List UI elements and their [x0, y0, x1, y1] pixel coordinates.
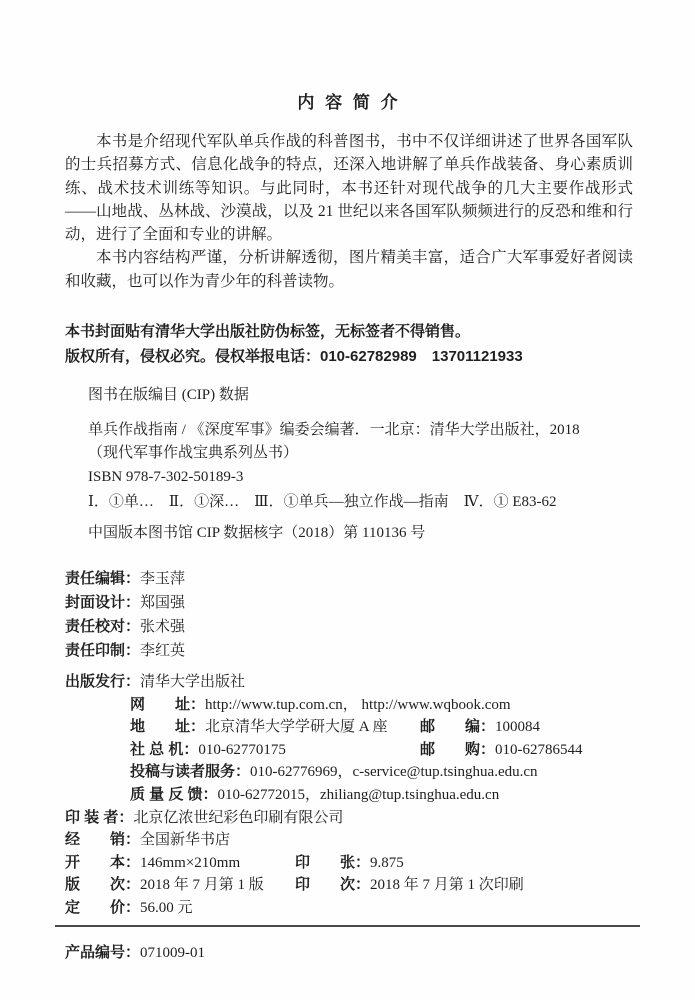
product-code-row: 产品编号：071009-01 — [65, 941, 633, 965]
pub-row-mail-order: 邮 购：010-62786544 — [420, 739, 583, 762]
pub-row-switchboard: 社 总 机：010-62770175邮 购：010-62786544 — [65, 739, 633, 762]
intro-paragraph-2: 本书内容结构严谨，分析讲解透彻，图片精美丰富，适合广大军事爱好者阅读和收藏，也可… — [65, 246, 633, 293]
staff-block: 责任编辑：李玉萍 封面设计：郑国强 责任校对：张术强 责任印制：李红英 — [65, 567, 633, 663]
pub-row-format: 开 本：146mm×210mm印 张：9.875 — [65, 852, 633, 875]
pub-row-price: 定 价：56.00 元 — [65, 897, 633, 920]
pub-row-address: 地 址：北京清华大学学研大厦 A 座邮 编：100084 — [65, 716, 633, 739]
pub-label: 网 址： — [130, 696, 205, 713]
pub-value: 010-62786544 — [495, 742, 583, 758]
pub-value: 010-62770175 — [198, 742, 286, 758]
divider-rule — [55, 925, 640, 927]
pub-label: 社 总 机： — [130, 741, 198, 758]
pub-row-printer: 印 装 者：北京亿浓世纪彩色印刷有限公司 — [65, 807, 633, 830]
pub-label: 印 张： — [295, 854, 370, 871]
pub-row-publisher: 出版发行：清华大学出版社 — [65, 671, 633, 694]
pub-value: 146mm×210mm — [140, 855, 240, 871]
cip-block: 图书在版编目 (CIP) 数据 单兵作战指南 / 《深度军事》编委会编著．一北京… — [65, 384, 633, 545]
product-code-value: 071009-01 — [140, 945, 205, 961]
pub-row-distributor: 经 销：全国新华书店 — [65, 829, 633, 852]
pub-label: 地 址： — [130, 718, 205, 735]
pub-value: 清华大学出版社 — [140, 674, 245, 690]
pub-label: 出版发行： — [65, 673, 140, 690]
pub-value: 2018 年 7 月第 1 版 — [140, 877, 264, 893]
staff-value: 张术强 — [140, 619, 185, 635]
copyright-page: 内 容 简 介 本书是介绍现代军队单兵作战的科普图书，书中不仅详细讲述了世界各国… — [0, 0, 695, 1000]
cip-record-number: 中国版本图书馆 CIP 数据核字（2018）第 110136 号 — [88, 522, 633, 546]
staff-row-print-supervisor: 责任印制：李红英 — [65, 639, 633, 663]
pub-row-edition: 版 次：2018 年 7 月第 1 版印 次：2018 年 7 月第 1 次印刷 — [65, 874, 633, 897]
pub-row-quality-feedback: 质 量 反 馈：010-62772015，zhiliang@tup.tsingh… — [65, 784, 633, 807]
pub-value: 9.875 — [370, 855, 404, 871]
staff-value: 李玉萍 — [140, 571, 185, 587]
cip-heading: 图书在版编目 (CIP) 数据 — [88, 384, 633, 408]
cip-isbn: ISBN 978-7-302-50189-3 — [88, 466, 633, 490]
cip-entry: 单兵作战指南 / 《深度军事》编委会编著．一北京：清华大学出版社，2018 — [88, 419, 633, 443]
staff-label: 封面设计： — [65, 594, 140, 611]
legal-notice-block: 本书封面贴有清华大学出版社防伪标签，无标签者不得销售。 版权所有，侵权必究。侵权… — [65, 319, 633, 369]
pub-value: 2018 年 7 月第 1 次印刷 — [370, 877, 524, 893]
staff-row-editor: 责任编辑：李玉萍 — [65, 567, 633, 591]
staff-value: 郑国强 — [140, 595, 185, 611]
pub-row-website: 网 址：http://www.tup.com.cn， http://www.wq… — [65, 694, 633, 717]
pub-value: 北京清华大学学研大厦 A 座 — [205, 719, 388, 735]
website-url: http://www.tup.com.cn， http://www.wqbook… — [205, 697, 511, 713]
cip-classification: Ⅰ．①单… Ⅱ．①深… Ⅲ．①单兵—独立作战—指南 Ⅳ．① E83-62 — [88, 491, 633, 515]
pub-label: 邮 编： — [420, 718, 495, 735]
pub-row-impression: 印 次：2018 年 7 月第 1 次印刷 — [295, 874, 524, 897]
staff-row-cover-design: 封面设计：郑国强 — [65, 591, 633, 615]
pub-row-reader-service: 投稿与读者服务：010-62776969，c-service@tup.tsing… — [65, 761, 633, 784]
copyright-notice: 版权所有，侵权必究。侵权举报电话：010-62782989 1370112193… — [65, 344, 633, 369]
pub-label: 开 本： — [65, 854, 140, 871]
product-code-label: 产品编号： — [65, 944, 140, 961]
intro-paragraph-1: 本书是介绍现代军队单兵作战的科普图书，书中不仅详细讲述了世界各国军队的士兵招募方… — [65, 130, 633, 246]
pub-value: 100084 — [495, 719, 540, 735]
reader-service-contact: 010-62776969，c-service@tup.tsinghua.edu.… — [250, 764, 538, 780]
pub-label: 投稿与读者服务： — [130, 763, 250, 780]
staff-label: 责任校对： — [65, 618, 140, 635]
quality-feedback-contact: 010-62772015，zhiliang@tup.tsinghua.edu.c… — [218, 787, 500, 803]
staff-label: 责任印制： — [65, 642, 140, 659]
pub-row-postcode: 邮 编：100084 — [420, 716, 540, 739]
pub-label: 印 次： — [295, 876, 370, 893]
staff-value: 李红英 — [140, 643, 185, 659]
pub-value: 北京亿浓世纪彩色印刷有限公司 — [133, 810, 343, 826]
staff-label: 责任编辑： — [65, 570, 140, 587]
page-title: 内 容 简 介 — [65, 88, 633, 113]
pub-value: 全国新华书店 — [140, 832, 230, 848]
anti-counterfeit-notice: 本书封面贴有清华大学出版社防伪标签，无标签者不得销售。 — [65, 319, 633, 344]
pub-label: 印 装 者： — [65, 809, 133, 826]
pub-label: 质 量 反 馈： — [130, 786, 218, 803]
pub-row-sheets: 印 张：9.875 — [295, 852, 404, 875]
publishing-block: 出版发行：清华大学出版社 网 址：http://www.tup.com.cn， … — [65, 671, 633, 920]
pub-label: 定 价： — [65, 899, 140, 916]
pub-label: 经 销： — [65, 831, 140, 848]
cip-series: （现代军事作战宝典系列丛书） — [88, 442, 633, 466]
pub-value: 56.00 元 — [140, 900, 193, 916]
pub-label: 版 次： — [65, 876, 140, 893]
pub-label: 邮 购： — [420, 741, 495, 758]
staff-row-proofreader: 责任校对：张术强 — [65, 615, 633, 639]
